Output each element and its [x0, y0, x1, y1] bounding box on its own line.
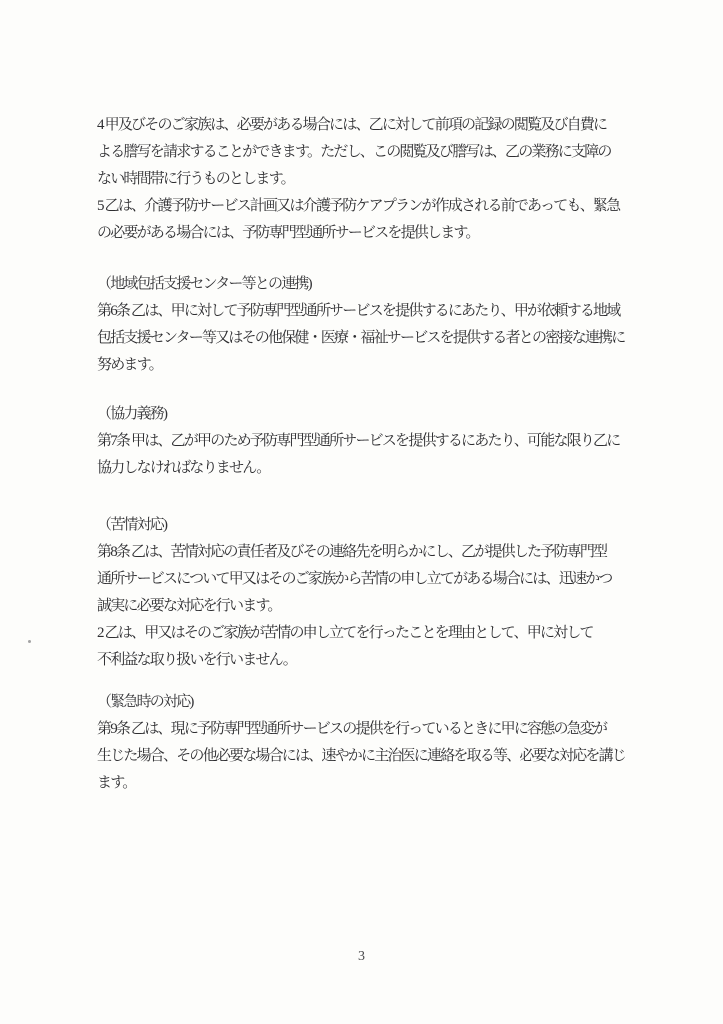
article-section-9: （緊急時の対応) 第9条 乙は、現に予防専門型通所サービスの提供を行っているとき…: [97, 689, 642, 797]
text-line: 努めます。: [97, 352, 642, 379]
text-line: 第6条 乙は、甲に対して予防専門型通所サービスを提供するにあたり、甲が依頼する地…: [97, 298, 642, 325]
clause-paragraph-4-5: 4 甲及びそのご家族は、必要がある場合には、乙に対して前項の記録の閲覧及び自費に…: [97, 112, 642, 247]
text-line: 2 乙は、甲又はそのご家族が苦情の申し立てを行ったことを理由として、甲に対して: [97, 620, 642, 647]
article-section-7: （協力義務) 第7条 甲は、乙が甲のため予防専門型通所サービスを提供するにあたり…: [97, 401, 642, 482]
text-line: 不利益な取り扱いを行いません。: [97, 647, 642, 674]
text-line: 包括支援センター等又はその他保健・医療・福祉サービスを提供する者との密接な連携に: [97, 325, 642, 352]
text-line: よる謄写を請求することができます。ただし、この閲覧及び謄写は、乙の業務に支障の: [97, 139, 642, 166]
text-line: 誠実に必要な対応を行います。: [97, 593, 642, 620]
document-page: 4 甲及びそのご家族は、必要がある場合には、乙に対して前項の記録の閲覧及び自費に…: [0, 0, 723, 1024]
text-line: 協力しなければなりません。: [97, 455, 642, 482]
article-heading: （苦情対応): [97, 512, 642, 539]
text-line: 第9条 乙は、現に予防専門型通所サービスの提供を行っているときに甲に容態の急変が: [97, 716, 642, 743]
text-line: 4 甲及びそのご家族は、必要がある場合には、乙に対して前項の記録の閲覧及び自費に: [97, 112, 642, 139]
article-heading: （地域包括支援センター等との連携): [97, 271, 642, 298]
text-line: 第8条 乙は、苦情対応の責任者及びその連絡先を明らかにし、乙が提供した予防専門型: [97, 539, 642, 566]
article-section-6: （地域包括支援センター等との連携) 第6条 乙は、甲に対して予防専門型通所サービ…: [97, 271, 642, 379]
scan-artifact-dot: [28, 640, 31, 643]
text-line: ます。: [97, 770, 642, 797]
text-line: 生じた場合、その他必要な場合には、速やかに主治医に連絡を取る等、必要な対応を講じ: [97, 743, 642, 770]
article-heading: （緊急時の対応): [97, 689, 642, 716]
text-line: の必要がある場合には、予防専門型通所サービスを提供します。: [97, 220, 642, 247]
article-heading: （協力義務): [97, 401, 642, 428]
text-line: 通所サービスについて甲又はそのご家族から苦情の申し立てがある場合には、迅速かつ: [97, 566, 642, 593]
article-section-8: （苦情対応) 第8条 乙は、苦情対応の責任者及びその連絡先を明らかにし、乙が提供…: [97, 512, 642, 674]
page-number: 3: [0, 946, 723, 968]
text-line: 第7条 甲は、乙が甲のため予防専門型通所サービスを提供するにあたり、可能な限り乙…: [97, 428, 642, 455]
text-line: 5 乙は、介護予防サービス計画又は介護予防ケアプランが作成される前であっても、緊…: [97, 193, 642, 220]
text-line: ない時間帯に行うものとします。: [97, 166, 642, 193]
